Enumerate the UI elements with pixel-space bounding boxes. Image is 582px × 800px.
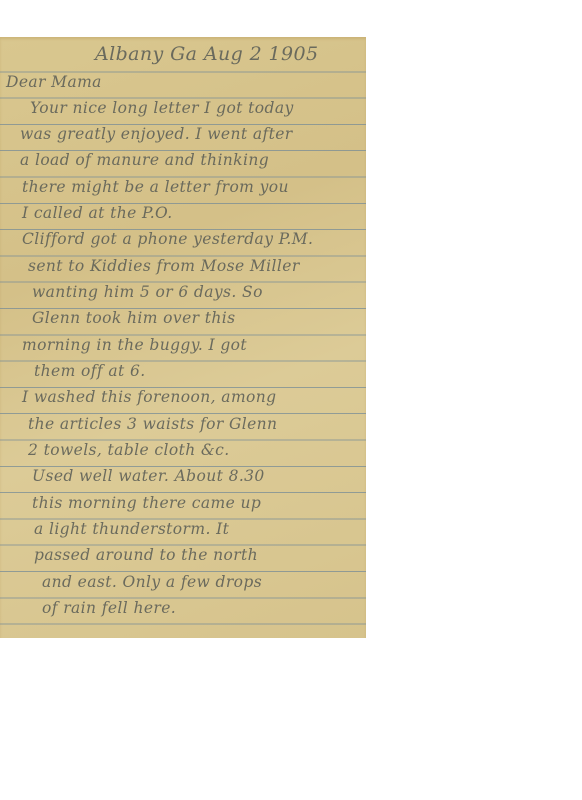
letter-line: Your nice long letter I got today [30,99,294,117]
letter-line: 2 towels, table cloth &c. [28,441,230,459]
letter-line: and east. Only a few drops [42,573,262,591]
letter-line: I called at the P.O. [22,204,173,222]
letter-line: them off at 6. [34,362,146,380]
letter-line: a light thunderstorm. It [34,520,229,538]
letter-date-header: Albany Ga Aug 2 1905 [95,43,319,65]
letter-line: this morning there came up [32,494,261,512]
letter-line: the articles 3 waists for Glenn [28,415,277,433]
letter-line: was greatly enjoyed. I went after [20,125,293,143]
letter-page: Albany Ga Aug 2 1905 Dear Mama Your nice… [0,37,366,638]
letter-line: of rain fell here. [42,599,176,617]
letter-line: Clifford got a phone yesterday P.M. [22,230,313,248]
letter-line: a load of manure and thinking [20,151,269,169]
letter-line: I washed this forenoon, among [22,388,276,406]
letter-line: passed around to the north [34,546,258,564]
salutation: Dear Mama [6,73,102,91]
letter-line: wanting him 5 or 6 days. So [32,283,263,301]
letter-line: Glenn took him over this [32,309,236,327]
letter-line: there might be a letter from you [22,178,289,196]
letter-line: sent to Kiddies from Mose Miller [28,257,300,275]
letter-line: morning in the buggy. I got [22,336,247,354]
letter-line: Used well water. About 8.30 [32,467,265,485]
